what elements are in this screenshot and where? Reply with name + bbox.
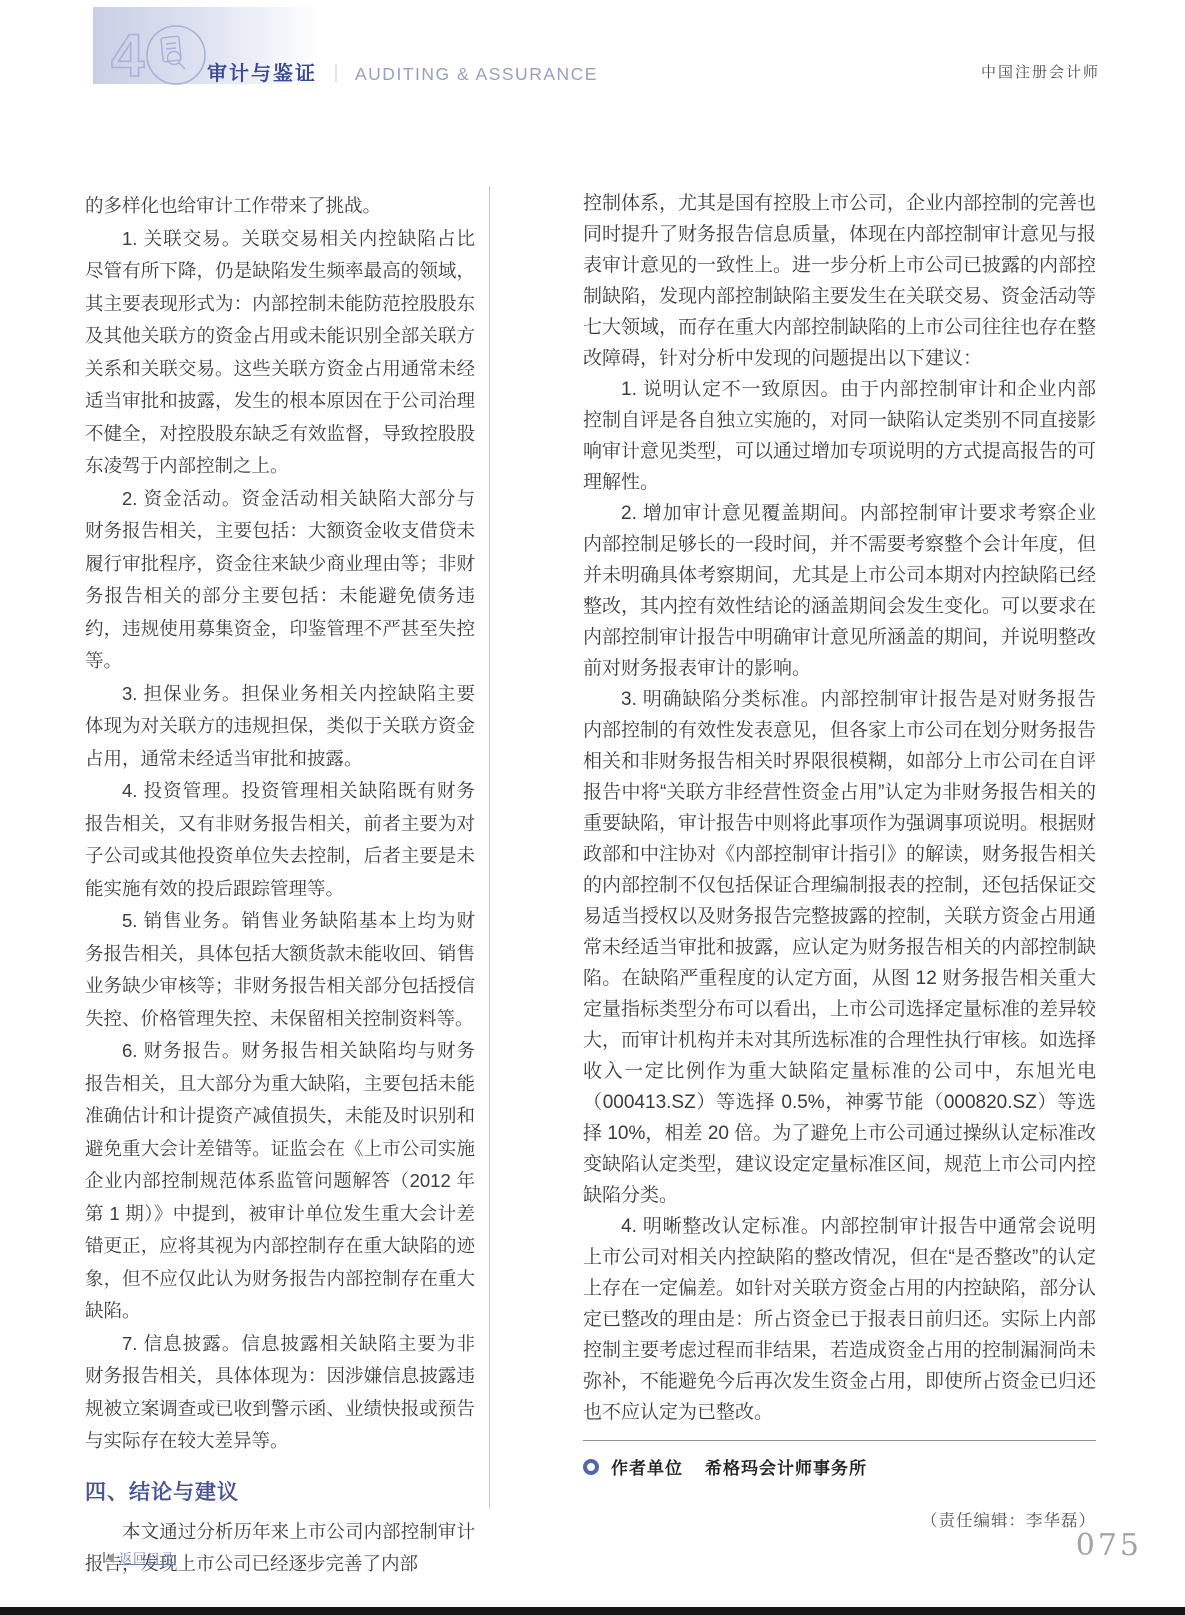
paragraph: 2. 增加审计意见覆盖期间。内部控制审计要求考察企业内部控制足够长的一段时间，并…	[583, 498, 1096, 684]
logo-number-4: 4	[111, 22, 145, 89]
paragraph: 3. 明确缺陷分类标准。内部控制审计报告是对财务报告内部控制的有效性发表意见，但…	[583, 684, 1096, 1211]
bottom-edge-bar	[0, 1607, 1185, 1615]
paragraph: 7. 信息披露。信息披露相关缺陷主要为非财务报告相关，具体体现为：因涉嫌信息披露…	[85, 1328, 475, 1458]
paragraph: 4. 明晰整改认定标准。内部控制审计报告中通常会说明上市公司对相关内控缺陷的整改…	[583, 1211, 1096, 1428]
back-to-contents-link[interactable]: 返回目录	[103, 1548, 175, 1567]
column-divider	[489, 186, 490, 1508]
left-column: 的多样化也给审计工作带来了挑战。1. 关联交易。关联交易相关内控缺陷占比尽管有所…	[85, 190, 475, 1581]
paragraph: 4. 投资管理。投资管理相关缺陷既有财务报告相关，又有非财务报告相关，前者主要为…	[85, 775, 475, 905]
section-title-lockup: 审计与鉴证 ｜ AUDITING & ASSURANCE	[207, 57, 598, 86]
section-title-separator: ｜	[327, 60, 345, 86]
journal-name: 中国注册会计师	[981, 61, 1100, 82]
section-title-cn: 审计与鉴证	[207, 57, 317, 86]
page-number: 075	[1076, 1528, 1142, 1563]
paragraph: 6. 财务报告。财务报告相关缺陷均与财务报告相关，且大部分为重大缺陷，主要包括未…	[85, 1035, 475, 1328]
paragraph: 1. 关联交易。关联交易相关内控缺陷占比尽管有所下降，仍是缺陷发生频率最高的领域…	[85, 223, 475, 483]
editor-note: （责任编辑：李华磊）	[583, 1507, 1096, 1531]
document-magnifier-icon	[161, 36, 185, 69]
skip-to-start-icon	[103, 1552, 114, 1563]
author-block: 作者单位 希格玛会计师事务所 （责任编辑：李华磊）	[583, 1440, 1096, 1531]
conclusion-heading: 四、结论与建议	[85, 1476, 475, 1506]
ring-bullet-icon	[583, 1459, 599, 1475]
left-column-paragraphs: 的多样化也给审计工作带来了挑战。1. 关联交易。关联交易相关内控缺陷占比尽管有所…	[85, 190, 475, 1458]
paragraph: 2. 资金活动。资金活动相关缺陷大部分与财务报告相关，主要包括：大额资金收支借贷…	[85, 483, 475, 678]
author-unit-label: 作者单位	[611, 1454, 683, 1479]
anniversary-40-logo: 4	[110, 20, 218, 90]
right-column-paragraphs: 控制体系，尤其是国有控股上市公司，企业内部控制的完善也同时提升了财务报告信息质量…	[583, 188, 1096, 1428]
paragraph: 1. 说明认定不一致原因。由于内部控制审计和企业内部控制自评是各自独立实施的，对…	[583, 374, 1096, 498]
paragraph: 的多样化也给审计工作带来了挑战。	[85, 190, 475, 223]
section-title-en: AUDITING & ASSURANCE	[355, 64, 598, 85]
right-column: 控制体系，尤其是国有控股上市公司，企业内部控制的完善也同时提升了财务报告信息质量…	[583, 188, 1096, 1531]
back-link-label: 返回目录	[119, 1548, 175, 1567]
author-unit-value: 希格玛会计师事务所	[705, 1454, 867, 1479]
paragraph: 控制体系，尤其是国有控股上市公司，企业内部控制的完善也同时提升了财务报告信息质量…	[583, 188, 1096, 374]
paragraph: 5. 销售业务。销售业务缺陷基本上均为财务报告相关，具体包括大额货款未能收回、销…	[85, 905, 475, 1035]
magazine-page: 4 审计与鉴证 ｜ AUDITING & ASSURANCE 中国注册会计师 的…	[0, 0, 1185, 1615]
paragraph: 3. 担保业务。担保业务相关内控缺陷主要体现为对关联方的违规担保，类似于关联方资…	[85, 678, 475, 776]
author-row: 作者单位 希格玛会计师事务所	[583, 1454, 1096, 1479]
logo-zero-circle	[147, 26, 205, 84]
